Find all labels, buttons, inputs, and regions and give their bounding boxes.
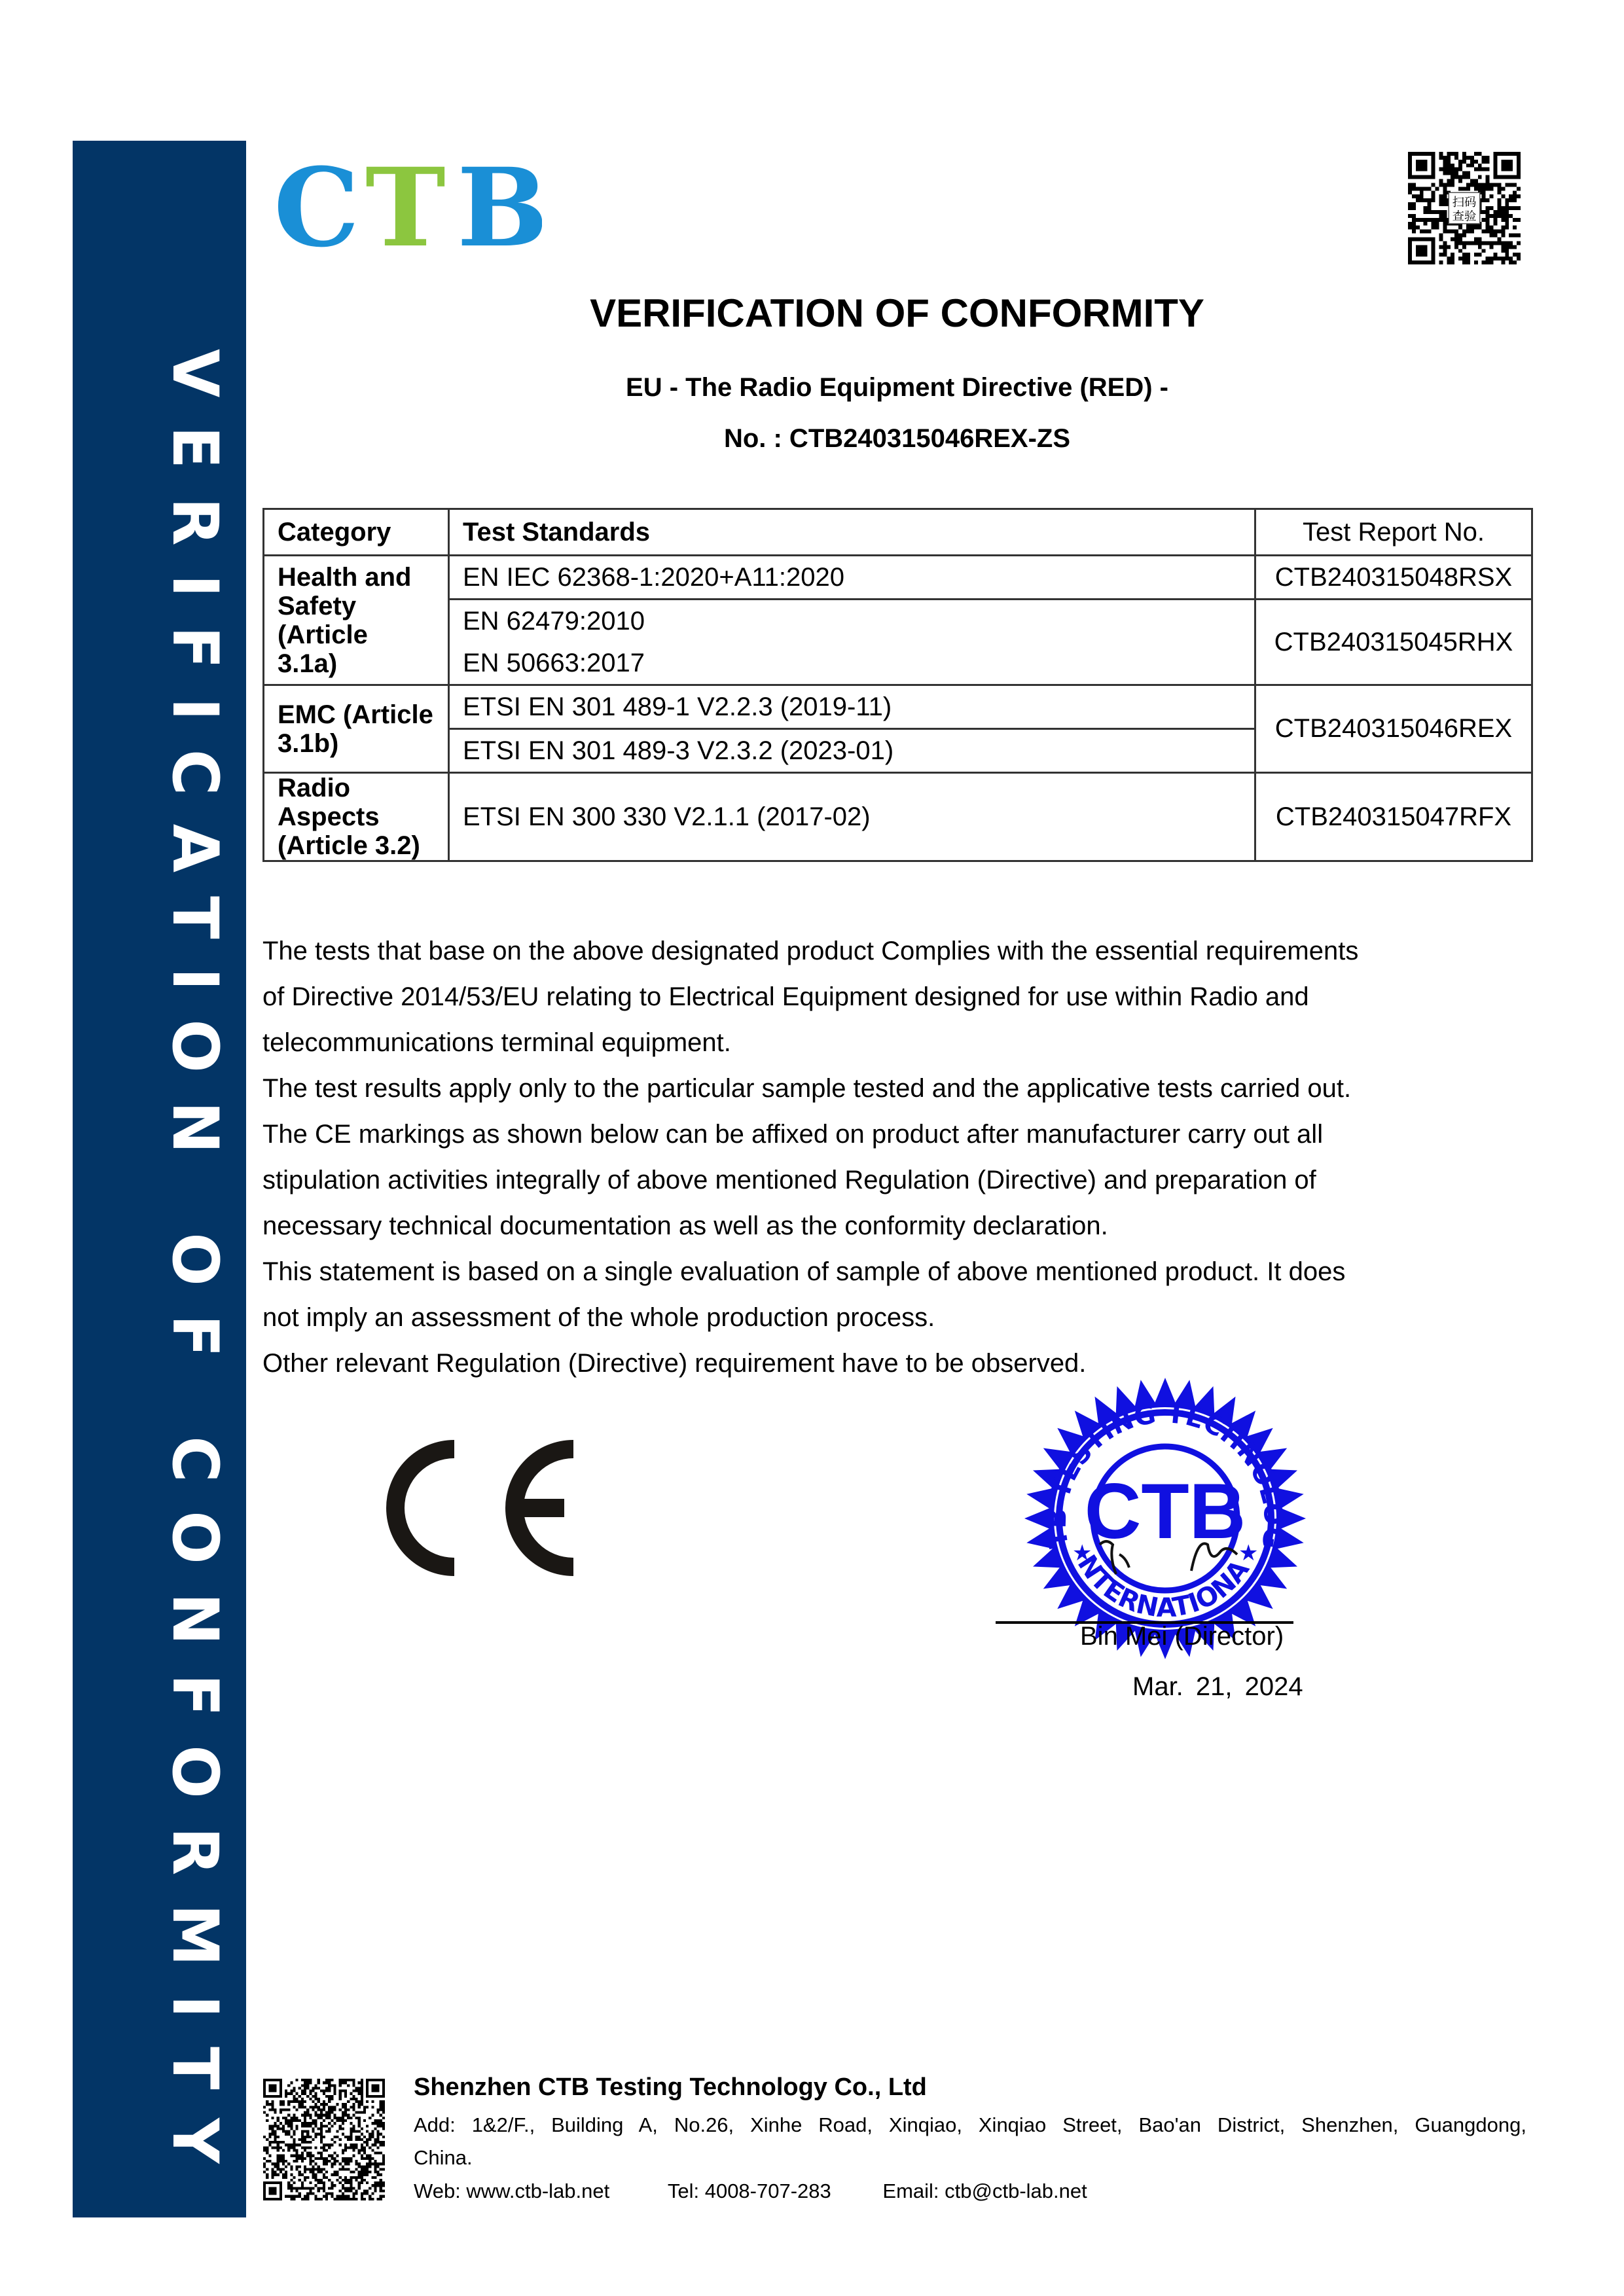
statement-line: not imply an assessment of the whole pro… <box>262 1295 1506 1340</box>
statement-line: telecommunications terminal equipment. <box>262 1020 1506 1066</box>
table-row: Radio Aspects (Article 3.2) ETSI EN 300 … <box>264 773 1532 861</box>
ctb-logo: C T B <box>274 164 542 255</box>
contact-info: Web: www.ctb-lab.net Tel: 4008-707-283 E… <box>414 2175 1087 2208</box>
standard-cell: ETSI EN 300 330 V2.1.1 (2017-02) <box>449 773 1255 861</box>
logo-letter-b: B <box>457 164 542 255</box>
sidebar-vertical-title-wrap: VERIFICATION OF CONFORMITY <box>73 141 246 2217</box>
statement-line: stipulation activities integrally of abo… <box>262 1157 1506 1203</box>
telephone: Tel: 4008-707-283 <box>668 2175 831 2208</box>
table-row: EN 62479:2010 EN 50663:2017 CTB240315045… <box>264 600 1532 685</box>
footer-qr-code-icon[interactable] <box>263 2079 385 2200</box>
report-number-cell: CTB240315048RSX <box>1255 556 1532 600</box>
statement-line: This statement is based on a single eval… <box>262 1249 1506 1295</box>
directive-subtitle: EU - The Radio Equipment Directive (RED)… <box>249 373 1545 403</box>
statement-line: The test results apply only to the parti… <box>262 1066 1506 1111</box>
statement-line: The CE markings as shown below can be af… <box>262 1111 1506 1157</box>
header-category: Category <box>264 509 449 556</box>
logo-letter-c: C <box>274 164 359 255</box>
qr-caption-verify: 查验 <box>1453 209 1477 223</box>
company-name: Shenzhen CTB Testing Technology Co., Ltd <box>414 2073 927 2102</box>
report-number-cell: CTB240315045RHX <box>1255 600 1532 685</box>
email-link[interactable]: Email: ctb@ctb-lab.net <box>882 2175 1087 2208</box>
issue-date: Mar. 21, 2024 <box>1132 1672 1303 1702</box>
ce-mark-icon <box>378 1440 588 1584</box>
report-number-cell: CTB240315047RFX <box>1255 773 1532 861</box>
statement-line: Other relevant Regulation (Directive) re… <box>262 1340 1506 1386</box>
statement-line: of Directive 2014/53/EU relating to Elec… <box>262 974 1506 1020</box>
header-standards: Test Standards <box>449 509 1255 556</box>
header-report: Test Report No. <box>1255 509 1532 556</box>
statement-line: necessary technical documentation as wel… <box>262 1203 1506 1249</box>
page-title: VERIFICATION OF CONFORMITY <box>249 291 1545 336</box>
sidebar-vertical-title: VERIFICATION OF CONFORMITY <box>158 349 232 2192</box>
report-number-cell: CTB240315046REX <box>1255 685 1532 773</box>
standards-table: Category Test Standards Test Report No. … <box>262 508 1533 862</box>
category-cell: Health and Safety (Article 3.1a) <box>264 556 449 685</box>
standard-cell: EN 62479:2010 EN 50663:2017 <box>449 600 1255 685</box>
standard-cell: ETSI EN 301 489-1 V2.2.3 (2019-11) <box>449 685 1255 729</box>
conformity-statement: The tests that base on the above designa… <box>262 928 1506 1386</box>
sidebar-banner: VERIFICATION OF CONFORMITY <box>73 141 246 2217</box>
statement-line: The tests that base on the above designa… <box>262 928 1506 974</box>
category-cell: EMC (Article 3.1b) <box>264 685 449 773</box>
table-header-row: Category Test Standards Test Report No. <box>264 509 1532 556</box>
table-row: EMC (Article 3.1b) ETSI EN 301 489-1 V2.… <box>264 685 1532 729</box>
standard-cell: EN IEC 62368-1:2020+A11:2020 <box>449 556 1255 600</box>
certificate-number: No. : CTB240315046REX-ZS <box>249 424 1545 454</box>
website-link[interactable]: Web: www.ctb-lab.net <box>414 2175 609 2208</box>
company-address: Add: 1&2/F., Building A, No.26, Xinhe Ro… <box>414 2109 1526 2142</box>
table-row: Health and Safety (Article 3.1a) EN IEC … <box>264 556 1532 600</box>
company-address-country: China. <box>414 2142 473 2174</box>
qr-caption-scan: 扫码 <box>1453 196 1477 209</box>
standard-cell: ETSI EN 301 489-3 V2.3.2 (2023-01) <box>449 729 1255 773</box>
category-cell: Radio Aspects (Article 3.2) <box>264 773 449 861</box>
standard-line: EN 62479:2010 <box>463 600 1241 642</box>
standard-line: EN 50663:2017 <box>463 642 1241 684</box>
signer-name: Bin Mei (Director) <box>1080 1622 1284 1651</box>
logo-letter-t: T <box>365 164 446 255</box>
company-seal-icon: CTB TESTING TECHNOLOGY INTERNATIONAL ★ ★… <box>1021 1374 1309 1662</box>
qr-code-icon[interactable]: 扫码 查验 <box>1408 152 1521 264</box>
